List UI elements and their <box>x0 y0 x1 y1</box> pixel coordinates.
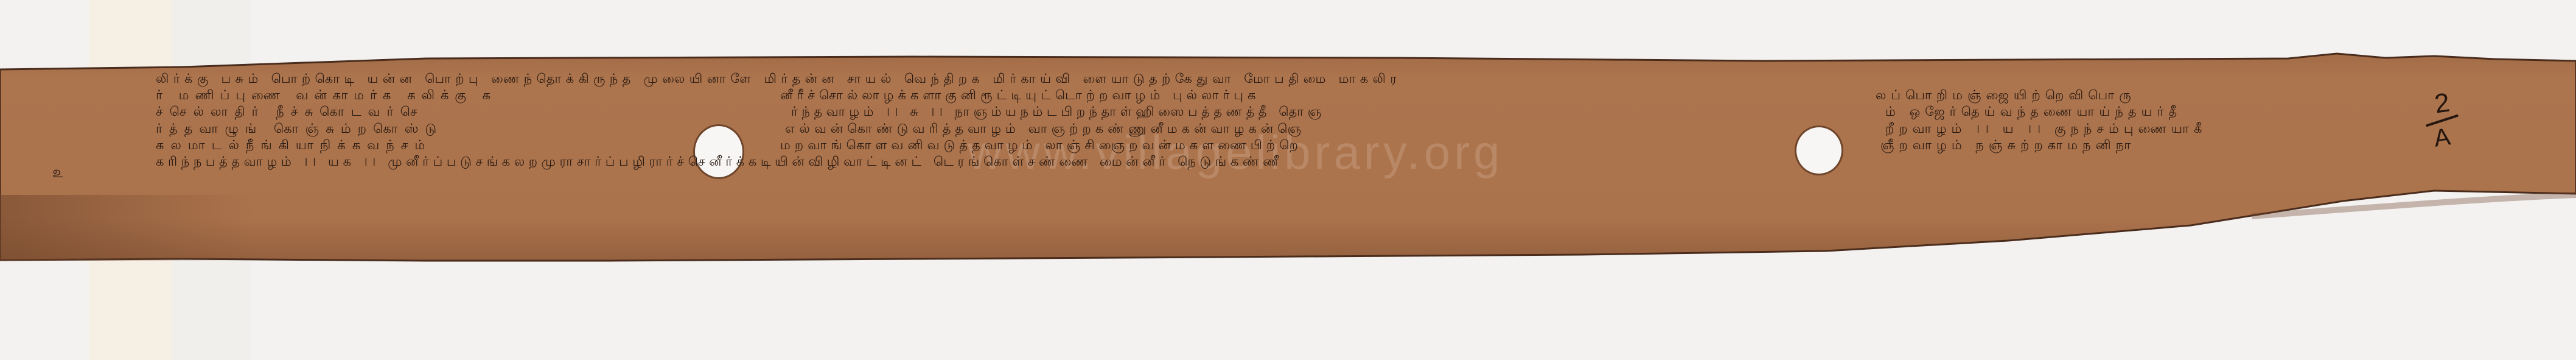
text-line-2-left: ர் மணிப்புணை வன்காமர்க கலிக்கு க <box>156 87 497 103</box>
text-line-2-middle: னீரீச்சொல்லாழக்களாகுனிரூட்டியுட்டொற்றவாழ… <box>780 87 1260 103</box>
shelf-mark-label: 2 A <box>2421 91 2463 164</box>
text-line-3-left: ச்செல்லாதிர் நீச்சுகொடவர்செ <box>156 104 424 119</box>
binding-hole-left <box>695 126 742 177</box>
palm-leaf <box>0 0 2576 360</box>
shelf-mark-number: 2 <box>2420 88 2465 118</box>
text-line-3-middle: ர்ந்தவாழம் ।। சு ।। நாஞம்யநம்டபிறந்தாள்ஹ… <box>791 104 1325 119</box>
text-line-4-right: றீறவாழம் ।। ய ।। குநந்சம்புணையாகீ <box>1885 121 2207 136</box>
text-line-3-right: ம் ஒஜேர்தெய்வந்தணையாய்ந்தயர்தீ <box>1885 104 2182 119</box>
text-line-1: லிர்க்கு பசும் பொற்கொடி யன்ன பொற்பு ணைந்… <box>156 71 1401 86</box>
text-line-6: கரிந்நபத்தவாழம் ।। யக ।। முனீர்ப்படுசங்க… <box>156 154 1283 169</box>
shelf-mark-letter: A <box>2420 122 2465 152</box>
text-line-2-right: லப்பொறிமஞ்ஜையிற்றெவிபொரு <box>1876 87 2136 103</box>
text-line-4-left: ர்த்தவாழுங் கொஞ்சும்றகொஸ்டு <box>156 121 443 136</box>
text-line-5-left: கலமாடல்நீங்கியாநிக்கவந்சம் <box>156 137 431 153</box>
folio-number: ௨ <box>52 163 63 183</box>
binding-hole-right <box>1796 127 1841 174</box>
text-line-5-middle: மறவாங்கொளவனிவடுத்தவாழம் லாஞ்சிஞைறவன்மகளண… <box>780 137 1302 153</box>
text-line-5-right: ஞீறவாழம் நஞ்சுற்றகாமநனிநா <box>1880 137 2135 153</box>
leaf-stain <box>0 195 256 261</box>
text-line-4-middle: எல்வன்கொண்டுவரித்தவாழம் வாஞற்றகண்ணுனீமகன… <box>785 121 1305 136</box>
